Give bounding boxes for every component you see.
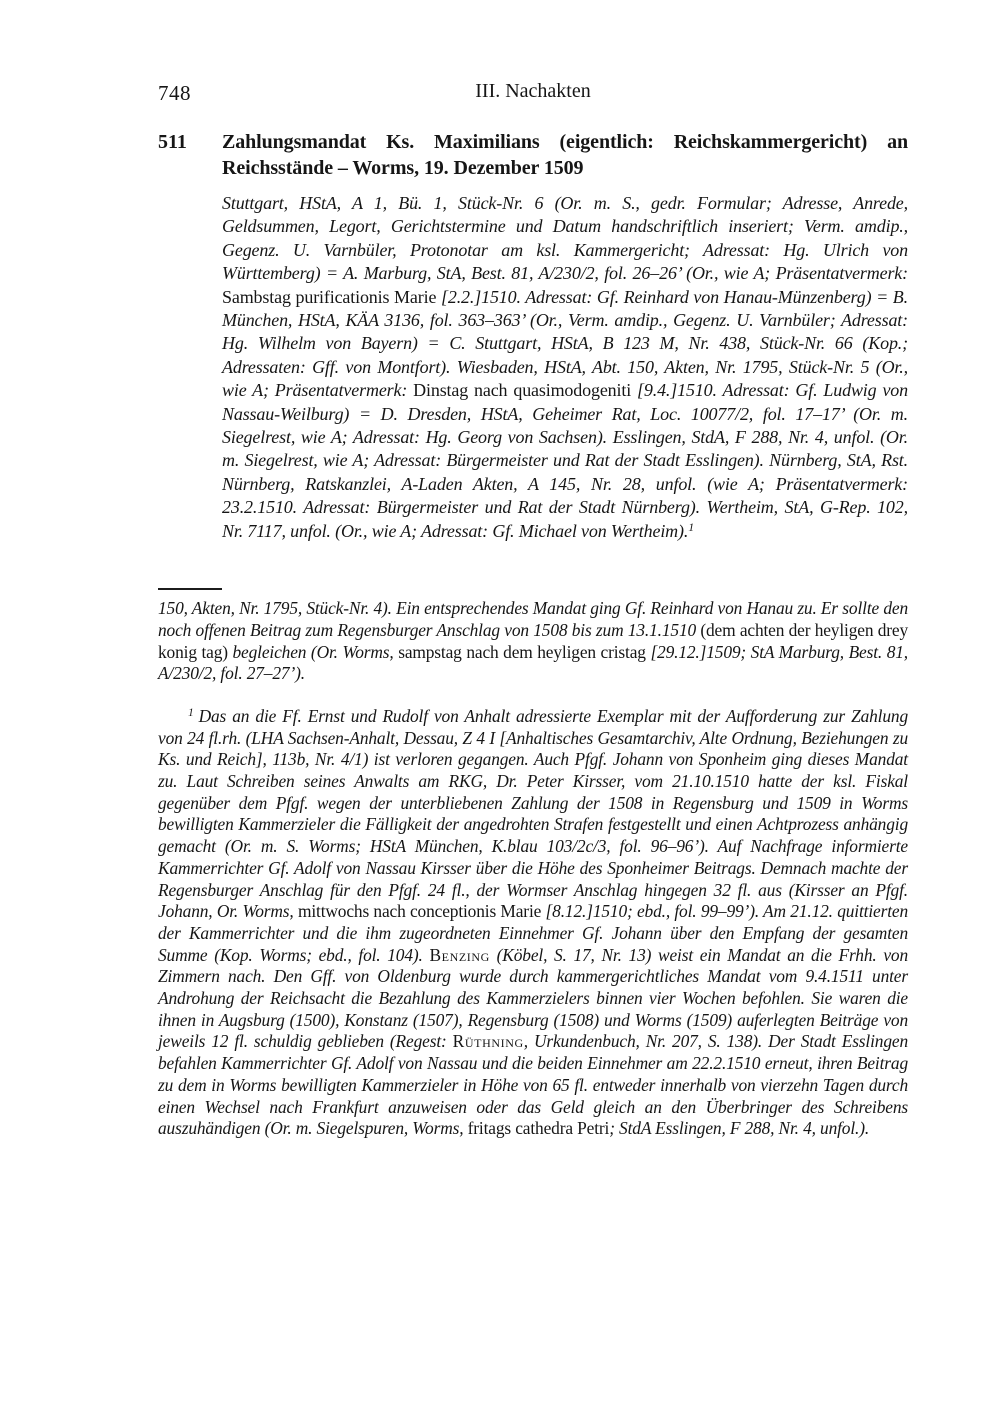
text-run: fritags cathedra Petri xyxy=(468,1118,610,1138)
running-head: III. Nachakten xyxy=(158,80,908,103)
footnote-marker: 1 xyxy=(188,707,194,719)
text-run: Stuttgart, HStA, A 1, Bü. 1, Stück-Nr. 6… xyxy=(222,193,908,283)
text-run: ; StdA Esslingen, F 288, Nr. 4, unfol.). xyxy=(609,1118,869,1138)
text-run: Sambstag purificationis Marie xyxy=(222,287,441,307)
footnote-carryover-paragraph: 150, Akten, Nr. 1795, Stück-Nr. 4). Ein … xyxy=(158,598,908,685)
source-description-paragraph: Stuttgart, HStA, A 1, Bü. 1, Stück-Nr. 6… xyxy=(222,192,908,543)
footnote-1-paragraph: 1Das an die Ff. Ernst und Rudolf von Anh… xyxy=(158,706,908,1140)
book-page: 748 III. Nachakten 511 Zahlungsmandat Ks… xyxy=(0,0,1004,1418)
text-run: Das an die Ff. Ernst und Rudolf von Anha… xyxy=(158,706,908,921)
text-run: Benzing xyxy=(429,945,489,965)
footnote-separator-rule xyxy=(158,588,222,590)
footnote-marker: 1 xyxy=(688,520,694,534)
entry-heading: 511 Zahlungsmandat Ks. Maximilians (eige… xyxy=(158,129,908,181)
text-run: Dinstag nach quasimodogeniti xyxy=(413,380,637,400)
page-header: 748 III. Nachakten xyxy=(158,80,908,108)
text-run: begleichen (Or. Worms, xyxy=(233,642,399,662)
text-run: mittwochs nach conceptionis Marie xyxy=(298,901,546,921)
entry-title: Zahlungsmandat Ks. Maximilians (eigentli… xyxy=(222,129,908,181)
text-run: [9.4.]1510. Adressat: Gf. Ludwig von Nas… xyxy=(222,380,908,540)
entry-number: 511 xyxy=(158,129,222,181)
page-number: 748 xyxy=(158,81,191,106)
text-run: Rüthning xyxy=(453,1031,524,1051)
text-run: sampstag nach dem heyligen cristag xyxy=(398,642,650,662)
